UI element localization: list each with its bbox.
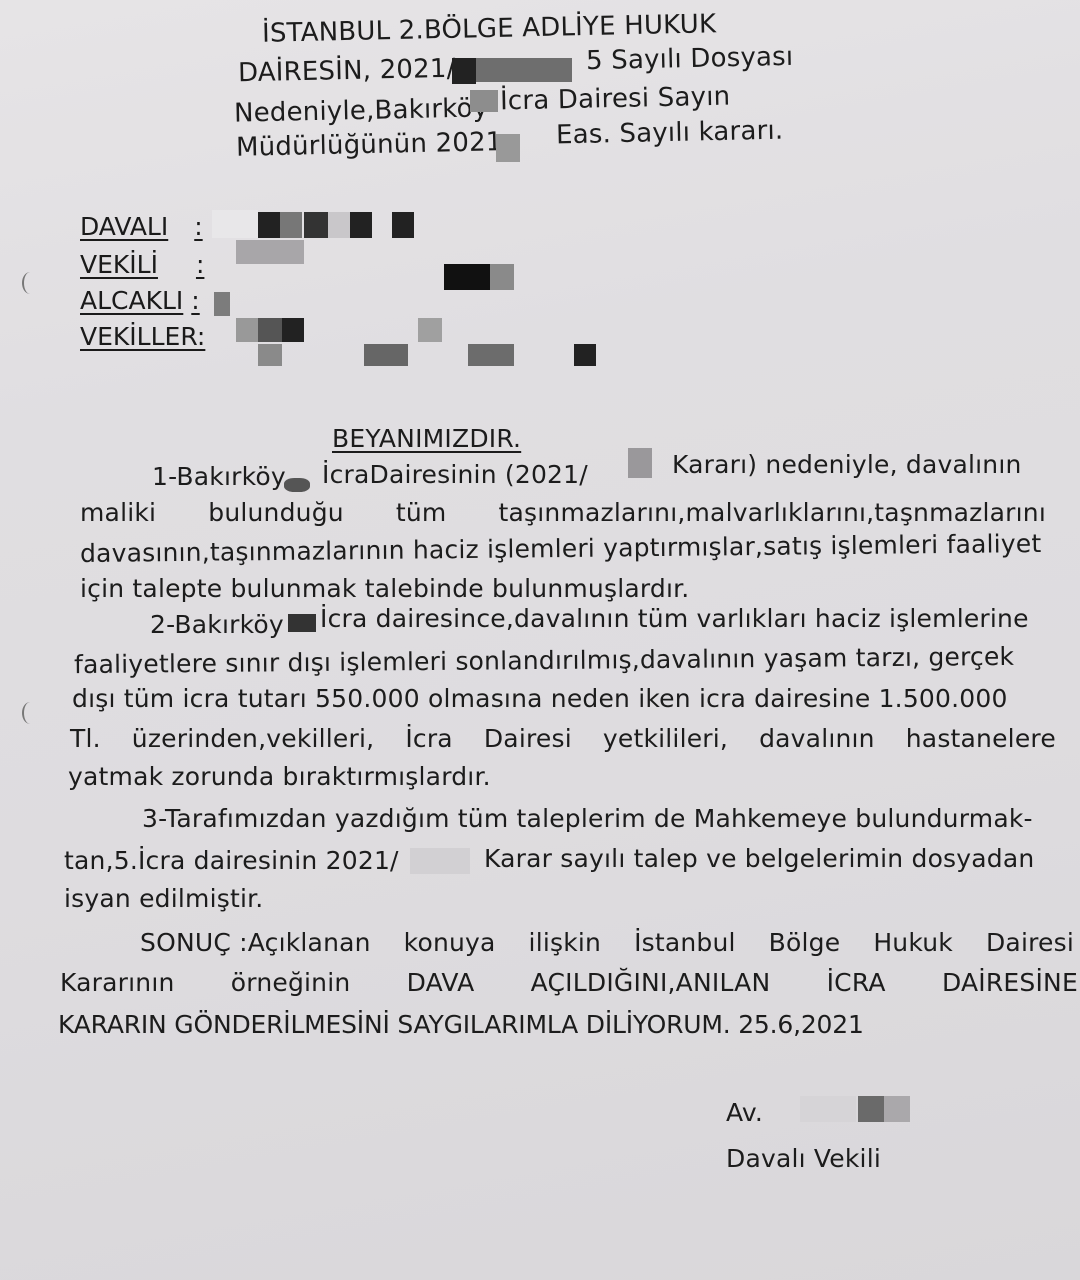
word: İstanbul xyxy=(634,928,736,957)
p1-line-4: için talepte bulunmak talebinde bulunmuş… xyxy=(80,574,689,603)
label-vekiller: VEKİLLER: xyxy=(80,322,205,351)
word: Kararının xyxy=(60,968,175,997)
p3-line-3: isyan edilmiştir. xyxy=(64,884,263,913)
document-title: BEYANIMIZDIR. xyxy=(332,424,521,453)
word: AÇILDIĞINI,ANILAN xyxy=(531,968,771,997)
document-page: İSTANBUL 2.BÖLGE ADLİYE HUKUK DAİRESİN, … xyxy=(0,0,1080,1280)
word: bulunduğu xyxy=(208,498,344,527)
p2-line-3: dışı tüm icra tutarı 550.000 olmasına ne… xyxy=(72,684,1008,713)
p2-line-1b: İcra dairesince,davalının tüm varlıkları… xyxy=(320,604,1029,633)
colon: : xyxy=(194,212,202,241)
word: DAİRESİNE xyxy=(942,968,1078,997)
label-davali: DAVALI: xyxy=(80,212,203,241)
label-text: VEKİLLER: xyxy=(80,322,205,351)
p1-line-2: maliki bulunduğu tüm taşınmazlarını,malv… xyxy=(80,498,1046,527)
word: hastanelere xyxy=(906,724,1056,753)
p1-line-1b: İcraDairesinin (2021/ xyxy=(322,460,588,489)
header-line-4a: Müdürlüğünün 2021 xyxy=(236,127,503,163)
word: Hukuk xyxy=(873,928,953,957)
word: üzerinden,vekilleri, xyxy=(132,724,375,753)
p2-line-2: faaliyetlere sınır dışı işlemleri sonlan… xyxy=(74,642,1014,679)
conclusion-line-3: KARARIN GÖNDERİLMESİNİ SAYGILARIMLA DİLİ… xyxy=(58,1010,864,1039)
redaction-block xyxy=(800,1096,856,1122)
redaction-block xyxy=(628,448,652,478)
signature-role: Davalı Vekili xyxy=(726,1144,881,1173)
redaction-block xyxy=(496,134,520,162)
word: örneğinin xyxy=(231,968,351,997)
label-text: DAVALI xyxy=(80,212,168,241)
colon: : xyxy=(191,286,199,315)
redaction-block xyxy=(476,58,572,82)
label-alacakli: ALCAKLI: xyxy=(80,286,200,315)
p3-line-2b: Karar sayılı talep ve belgelerimin dosya… xyxy=(484,844,1034,873)
word: DAVA xyxy=(407,968,475,997)
p3-line-2a: tan,5.İcra dairesinin 2021/ xyxy=(64,846,399,875)
word: taşınmazlarını,malvarlıklarını,taşnmazla… xyxy=(499,498,1046,527)
p2-line-1a: 2-Bakırköy xyxy=(150,610,284,639)
header-line-3b: İcra Dairesi Sayın xyxy=(500,82,731,117)
word: maliki xyxy=(80,498,156,527)
word: davalının xyxy=(759,724,875,753)
conclusion-line-2: Kararının örneğinin DAVA AÇILDIĞINI,ANIL… xyxy=(60,968,1078,997)
p2-line-5: yatmak zorunda bıraktırmışlardır. xyxy=(68,762,491,791)
signature-prefix: Av. xyxy=(726,1098,763,1127)
word: Tl. xyxy=(70,724,101,753)
word: Bölge xyxy=(769,928,841,957)
p3-line-1: 3-Tarafımızdan yazdığım tüm taleplerim d… xyxy=(142,804,1033,833)
header-line-4b: Eas. Sayılı kararı. xyxy=(556,116,784,151)
header-line-3a: Nedeniyle,Bakırköy xyxy=(234,93,489,128)
word: tüm xyxy=(396,498,447,527)
word: Dairesi xyxy=(986,928,1074,957)
header-line-1: İSTANBUL 2.BÖLGE ADLİYE HUKUK xyxy=(262,9,717,49)
label-vekili: VEKİLİ: xyxy=(80,250,204,279)
conclusion-line-1: SONUÇ :Açıklanan konuya ilişkin İstanbul… xyxy=(140,928,1074,957)
redaction-block xyxy=(470,90,498,112)
word: İCRA xyxy=(827,968,886,997)
header-line-2a: DAİRESİN, 2021/ xyxy=(238,54,456,89)
redaction-block xyxy=(452,58,476,84)
p2-line-4: Tl. üzerinden,vekilleri, İcra Dairesi ye… xyxy=(70,724,1056,753)
word: SONUÇ :Açıklanan xyxy=(140,928,371,957)
redaction-block xyxy=(284,478,310,492)
label-text: VEKİLİ xyxy=(80,250,158,279)
word: İcra xyxy=(405,724,453,753)
redaction-block xyxy=(858,1096,884,1122)
header-line-2b: 5 Sayılı Dosyası xyxy=(586,42,794,76)
redaction-block xyxy=(288,614,316,632)
word: ilişkin xyxy=(529,928,602,957)
punch-hole-mark xyxy=(22,702,38,724)
redaction-block xyxy=(884,1096,910,1122)
p1-line-1a: 1-Bakırköy xyxy=(152,462,286,491)
punch-hole-mark xyxy=(22,272,38,294)
word: yetkilileri, xyxy=(603,724,728,753)
redaction-block xyxy=(410,848,470,874)
word: konuya xyxy=(404,928,496,957)
label-text: ALCAKLI xyxy=(80,286,183,315)
colon: : xyxy=(196,250,204,279)
word: Dairesi xyxy=(484,724,572,753)
p1-line-3: davasının,taşınmazlarının haciz işlemler… xyxy=(80,529,1042,568)
p1-line-1c: Kararı) nedeniyle, davalının xyxy=(672,450,1022,479)
